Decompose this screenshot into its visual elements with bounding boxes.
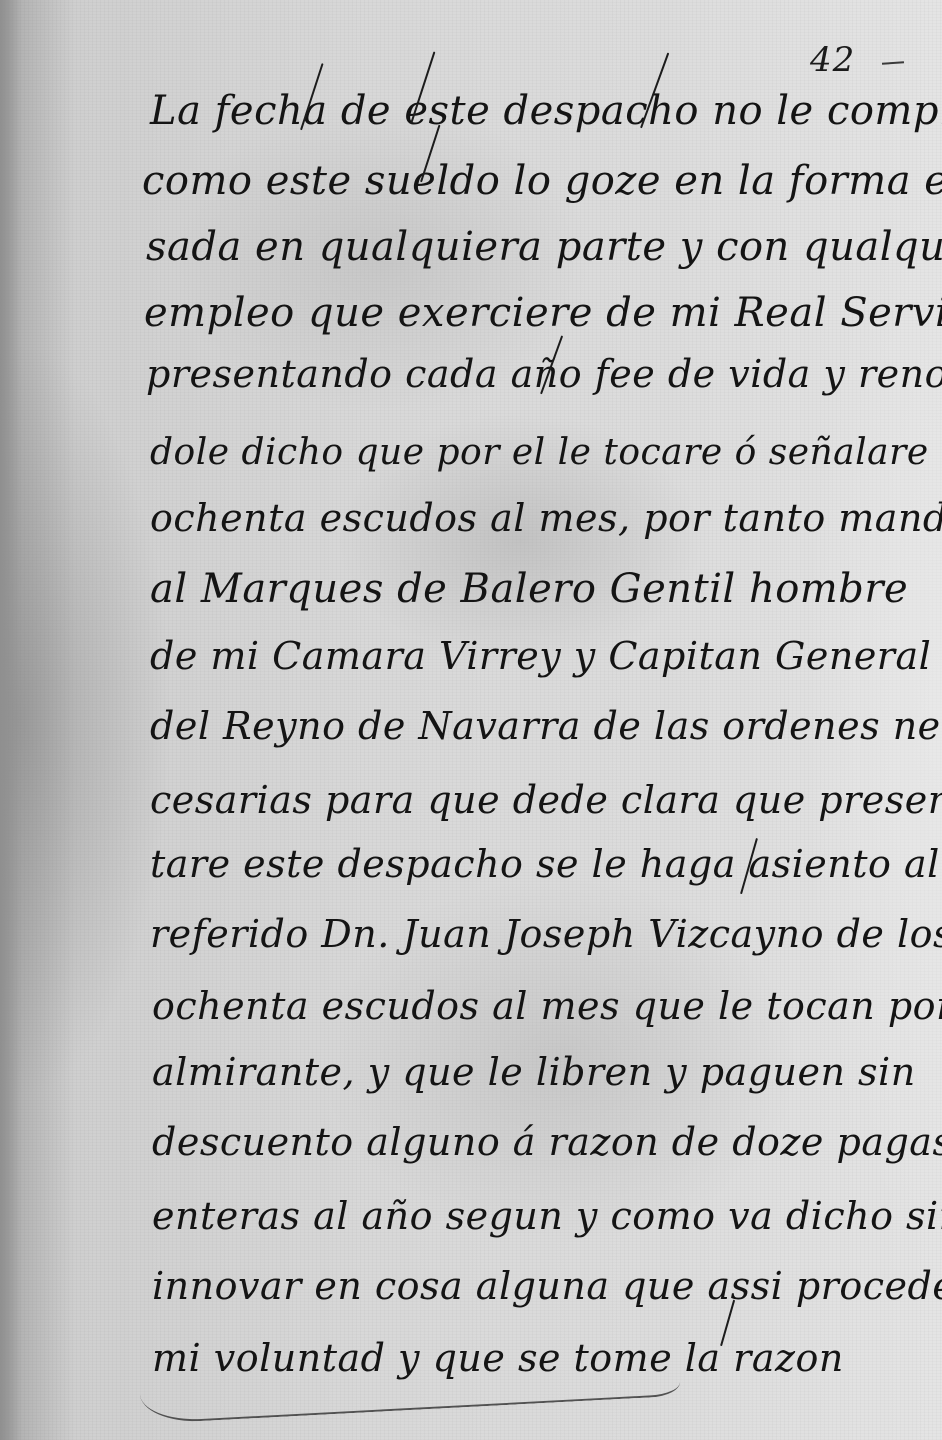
manuscript-line-8: al Marques de Balero Gentil hombre: [150, 566, 908, 612]
manuscript-line-11: cesarias para que dede clara que presen-: [150, 778, 942, 822]
manuscript-line-3: sada en qualquiera parte y con qualquier: [146, 224, 942, 270]
manuscript-line-13: referido Dn. Juan Joseph Vizcayno de los: [150, 912, 942, 956]
manuscript-line-10: del Reyno de Navarra de las ordenes ne-: [150, 704, 942, 748]
manuscript-line-17: enteras al año segun y como va dicho sin: [152, 1194, 942, 1238]
manuscript-line-6: dole dicho que por el le tocare ó señala…: [150, 432, 942, 473]
manuscript-line-1: La fecha de este despacho no le comprend…: [150, 88, 942, 134]
manuscript-line-12: tare este despacho se le haga asiento al: [150, 842, 940, 886]
manuscript-page: 42 La fecha de este despacho no le compr…: [0, 0, 942, 1440]
folio-dash: [882, 61, 904, 65]
page-edge-shadow: [0, 0, 22, 1440]
manuscript-line-9: de mi Camara Virrey y Capitan General: [150, 634, 931, 678]
manuscript-line-7: ochenta escudos al mes, por tanto mando: [150, 496, 942, 540]
manuscript-line-18: innovar en cosa alguna que assi procede …: [152, 1264, 942, 1308]
manuscript-line-16: descuento alguno á razon de doze pagas: [152, 1120, 942, 1164]
folio-number: 42: [810, 40, 855, 80]
manuscript-line-15: almirante, y que le libren y paguen sin: [152, 1050, 916, 1094]
manuscript-line-14: ochenta escudos al mes que le tocan por: [152, 984, 942, 1028]
manuscript-line-4: empleo que exerciere de mi Real Servicio: [144, 290, 942, 336]
manuscript-line-5: presentando cada año fee de vida y renov…: [146, 352, 942, 396]
manuscript-line-2: como este sueldo lo goze en la forma exp…: [142, 158, 942, 204]
